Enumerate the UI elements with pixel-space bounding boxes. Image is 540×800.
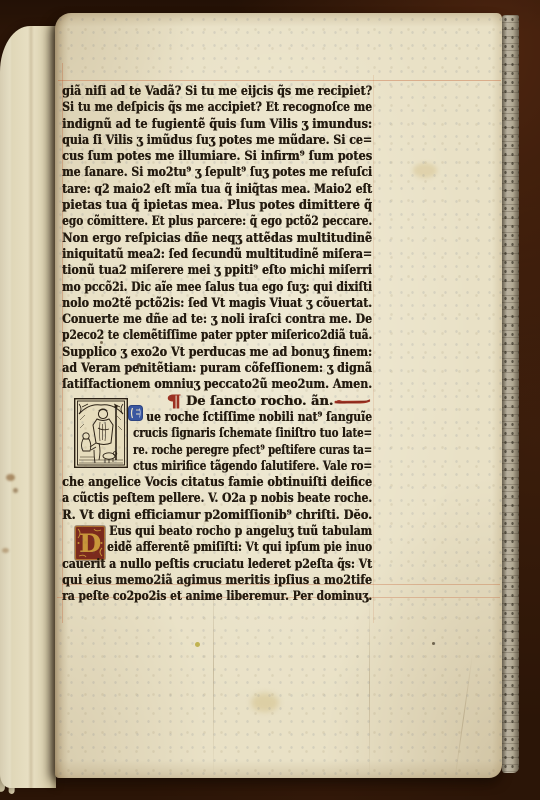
text-line: cus ſum potes me illumiare. Si infirm⁹ ſ… <box>62 149 372 165</box>
text-line: eidẽ afferentẽ pmiſiſti: Vt qui ipſum pi… <box>107 540 372 556</box>
foxing-stain <box>13 488 18 493</box>
text-line: re. roche peregre pfect⁹ peſtifere curas… <box>133 443 372 459</box>
text-line: iniquitatũ mea2: ſed ſecundũ multitudinẽ… <box>62 247 372 263</box>
text-line: indignũ ad te fugientẽ q̃uis ſum Vilis ʒ… <box>62 117 372 133</box>
text-line: tare: q2 maio2 eſt mĩa tua q̃ iniq̃tas m… <box>62 182 372 198</box>
text-line: Si tu me deſpicis q̃s me accipiet? Et re… <box>62 100 372 116</box>
text-line: nolo mo2tẽ pctõ2is: ſed Vt magis Viuat ʒ… <box>62 296 372 312</box>
book-photograph: D giã niſi ad te Vadã? Si tu me eijcis q… <box>0 0 540 800</box>
stain <box>251 693 279 712</box>
text-line: R. Vt digni efficiamur p2omiſſionib⁹ chr… <box>62 508 372 524</box>
text-line: ego cõmittere. Et plus parcere: q̃ ego p… <box>62 214 372 230</box>
stain <box>413 163 437 178</box>
ink-speck <box>432 642 435 645</box>
text-line: ad Veram penitẽtiam: puram cõfeſſionem: … <box>62 361 372 377</box>
text-line: che angelice Vocis citatus famie obtinui… <box>62 475 372 491</box>
text-line: giã niſi ad te Vadã? Si tu me eijcis q̃s… <box>62 84 372 100</box>
rubric-label: De ſancto rocho. ãn. <box>186 394 333 410</box>
text-line: me ſanare. Si mo2tu⁹ ʒ ſepult⁹ ſuʒ potes… <box>62 165 372 181</box>
text-line: Conuerte me dñe ad te: ʒ noli iraſci con… <box>62 312 372 328</box>
text-line: ctus mirifice tãgendo ſalutifere. Vale r… <box>133 459 372 475</box>
text-line: pietas tua q̃ ipietas mea. Plus potes di… <box>62 198 372 214</box>
text-line: mo pccõ2i. Dic aĩe mee ſalus tua ego ſuʒ… <box>62 280 372 296</box>
text-line: crucis ſignaris ſchemate ſiniſtro tuo la… <box>133 426 372 442</box>
text-block: giã niſi ad te Vadã? Si tu me eijcis q̃s… <box>62 84 372 606</box>
page-crease <box>369 593 370 783</box>
text-line: ſatiſfactionem omniuʒ peccato2ũ meo2um. … <box>62 377 372 393</box>
red-paragraph-mark-icon: ¶ <box>166 394 181 410</box>
foxing-stain <box>2 548 9 553</box>
text-line: p2eco2 te clemẽtiſſime pater ppter miſer… <box>62 328 372 344</box>
facing-page-edge <box>0 26 56 788</box>
text-line: ue roche ſctiſſime nobili nat⁹ ſanguĩe <box>146 410 372 426</box>
red-line-filler-icon <box>333 397 371 406</box>
text-line: qui eius memo2iã agimus meritis ipſius a… <box>62 573 372 589</box>
text-line: quia ſi Vilis ʒ imũdus ſuʒ potes me mũda… <box>62 133 372 149</box>
wax-speck <box>195 642 200 647</box>
ruling-line <box>373 75 374 623</box>
text-line: tionũ tua2 miſerere mei ʒ ppiti⁹ eſto mi… <box>62 263 372 279</box>
foxing-stain <box>6 474 15 481</box>
text-line: cauerit a nullo peſtis cruciatu lederet … <box>62 557 372 573</box>
manuscript-page: D giã niſi ad te Vadã? Si tu me eijcis q… <box>55 13 502 778</box>
text-line: Supplico ʒ exo2o Vt perducas me ad bonuʒ… <box>62 345 372 361</box>
rubric-line: ¶ De ſancto rocho. ãn. <box>62 394 372 410</box>
text-line: a cũctis peſtem pellere. V. O2a p nobis … <box>62 491 372 507</box>
fore-edge-pages <box>502 15 519 773</box>
text-line: Eus qui beato rocho p angeluʒ tuũ tabula… <box>109 524 372 540</box>
text-line: ra peſte co2po2is et anime liberemur. Pe… <box>62 589 372 605</box>
text-line: Non ergo reſpicias dñe neqʒ attẽdas mult… <box>62 231 372 247</box>
page-crease <box>454 654 473 783</box>
ruling-line <box>58 80 501 81</box>
